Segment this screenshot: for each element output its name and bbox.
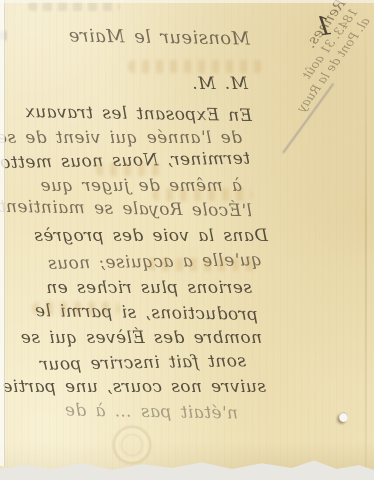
- embossed-blind-stamp: [113, 426, 151, 464]
- scanner-edge-top: [0, 0, 374, 3]
- letter-body-line: En Exposant les travaux: [25, 102, 252, 126]
- punch-hole: [339, 412, 348, 422]
- letter-body-line: sont fait inscrire pour: [39, 351, 246, 375]
- letter-paper-sheet: 1 Monsieur le Maire M. M. En Exposant le…: [0, 0, 374, 480]
- ink-bleed-smudge: [96, 163, 166, 176]
- letter-greeting-line: Monsieur le Maire: [68, 25, 250, 49]
- ink-bleed-smudge: [148, 258, 258, 271]
- letter-body-line: nombre des Élèves qui se: [20, 328, 262, 348]
- letter-body-line: suivre nos cours, une partie: [2, 377, 266, 397]
- scanner-edge-left: [0, 0, 5, 466]
- faint-pencil-mark: [28, 2, 120, 11]
- ink-bleed-smudge: [32, 302, 120, 315]
- letter-body-line: n'était pas … à de: [64, 400, 238, 423]
- letter-body-line: Dans la voie des progrès: [34, 226, 268, 246]
- letter-salutation-line: M. M.: [192, 74, 248, 94]
- scanned-letter-view: 1 Monsieur le Maire M. M. En Exposant le…: [0, 0, 374, 480]
- ink-bleed-smudge: [152, 188, 252, 201]
- letter-body-line: serions plus riches en: [46, 278, 252, 298]
- ink-bleed-smudge: [128, 60, 263, 73]
- letter-body-line: de l'année qui vient de se: [0, 128, 242, 148]
